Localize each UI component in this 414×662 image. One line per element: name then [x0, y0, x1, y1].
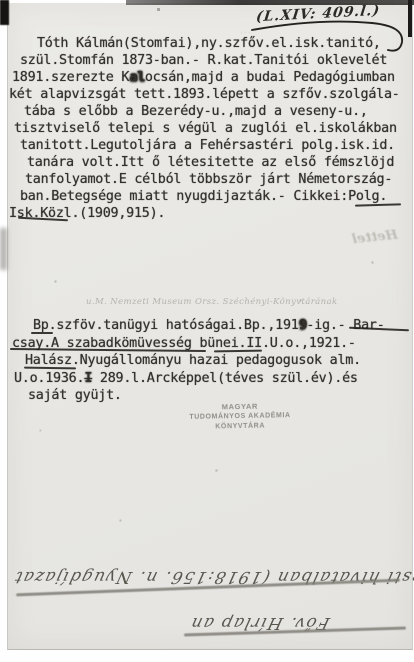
text-line: saját gyüjt. — [28, 388, 122, 403]
text-line: tanára volt.Itt ő létesitette az első fé… — [27, 155, 394, 170]
text-line: szül.Stomfán 1873-ban.- R.kat.Tanitói ok… — [20, 53, 387, 68]
scan-artifact-top-left-mark — [0, 0, 9, 25]
text-line: U.o.1936.I 289.l.Arcképpel(téves szül.év… — [14, 371, 358, 386]
text-line: 1891.szerezte Kalocsán,majd a budai Peda… — [12, 70, 395, 85]
text-line: tanfolyamot.E célból többször járt Német… — [25, 172, 392, 187]
scan-artifact-left-smudge — [0, 228, 7, 270]
text-line: Bp.szföv.tanügyi hatóságai.Bp.,1919-ig.-… — [33, 318, 385, 333]
text-line: tanitott.Legutoljára a Fehérsastéri polg… — [20, 138, 395, 153]
handwritten-note-bottom: a Pesti hivatalban (1918:156. n. Nyugdíj… — [12, 568, 414, 587]
ink-blob-correction: al — [129, 70, 145, 85]
text-line: tába s előbb a Bezerédy-u.,majd a veseny… — [24, 104, 368, 119]
text-line: két alapvizsgát tett.1893.lépett a szfőv… — [9, 87, 400, 102]
library-stamp: MAGYAR TUDOMÁNYOS AKADÉMIA KÖNYVTÁRA — [173, 401, 308, 433]
pen-underline — [31, 332, 53, 334]
scanned-catalog-card: u.M. Nemzeti Museum Orsz. Széchényi-Köny… — [0, 0, 414, 662]
text-line: tisztviselő telepi s végül a zuglói el.i… — [14, 121, 397, 136]
text-line: Halász.Nyugállományu hazai pedagogusok a… — [25, 353, 361, 368]
paper-speckles — [0, 0, 1, 1]
struck-character: I — [84, 371, 92, 386]
text-line: ban.Betegsége miatt nyugdijazták.- Cikke… — [20, 189, 387, 204]
text-line: Tóth Kálmán(Stomfai),ny.szfőv.el.isk.tan… — [37, 36, 381, 51]
